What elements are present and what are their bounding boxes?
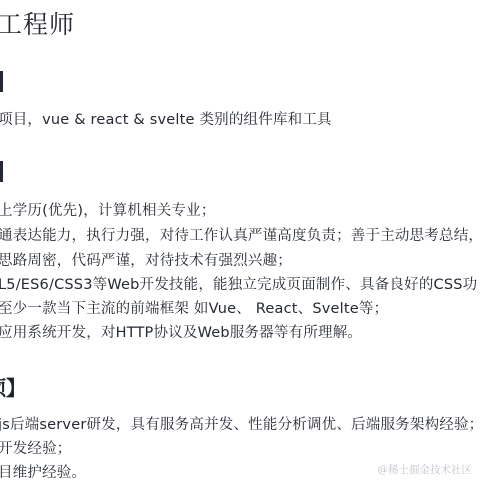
- section-1-line-1: 项目，vue & react & svelte 类别的组件库和工具: [0, 108, 332, 129]
- section-3-line-1: js后端server研发，具有服务高并发、性能分析调优、后端服务架构经验；: [0, 413, 480, 434]
- section-2-line-2: 通表达能力，执行力强，对待工作认真严谨高度负责；善于主动思考总结，: [0, 224, 480, 245]
- section-heading-3: 项】: [0, 372, 26, 401]
- section-2-line-3: 思路周密，代码严谨，对待技术有强烈兴趣；: [0, 249, 292, 270]
- section-3-line-2: 开发经验；: [0, 437, 72, 458]
- section-2-line-1: 上学历(优先)，计算机相关专业；: [0, 199, 216, 220]
- watermark: @稀土掘金技术社区: [378, 462, 473, 477]
- section-heading-1: [0, 71, 3, 92]
- page-title: 工程师: [0, 5, 75, 41]
- section-2-line-6: 应用系统开发，对HTTP协议及Web服务器等有所理解。: [0, 321, 362, 342]
- section-2-line-4: L5/ES6/CSS3等Web开发技能，能独立完成页面制作、具备良好的CSS功: [0, 273, 477, 294]
- section-2-line-5: 至少一款当下主流的前端框架 如Vue、 React、Svelte等；: [0, 297, 388, 318]
- section-3-line-3: 目维护经验。: [0, 461, 86, 480]
- section-heading-2: [0, 161, 3, 182]
- document-page: 工程师 项目，vue & react & svelte 类别的组件库和工具 上学…: [0, 0, 480, 480]
